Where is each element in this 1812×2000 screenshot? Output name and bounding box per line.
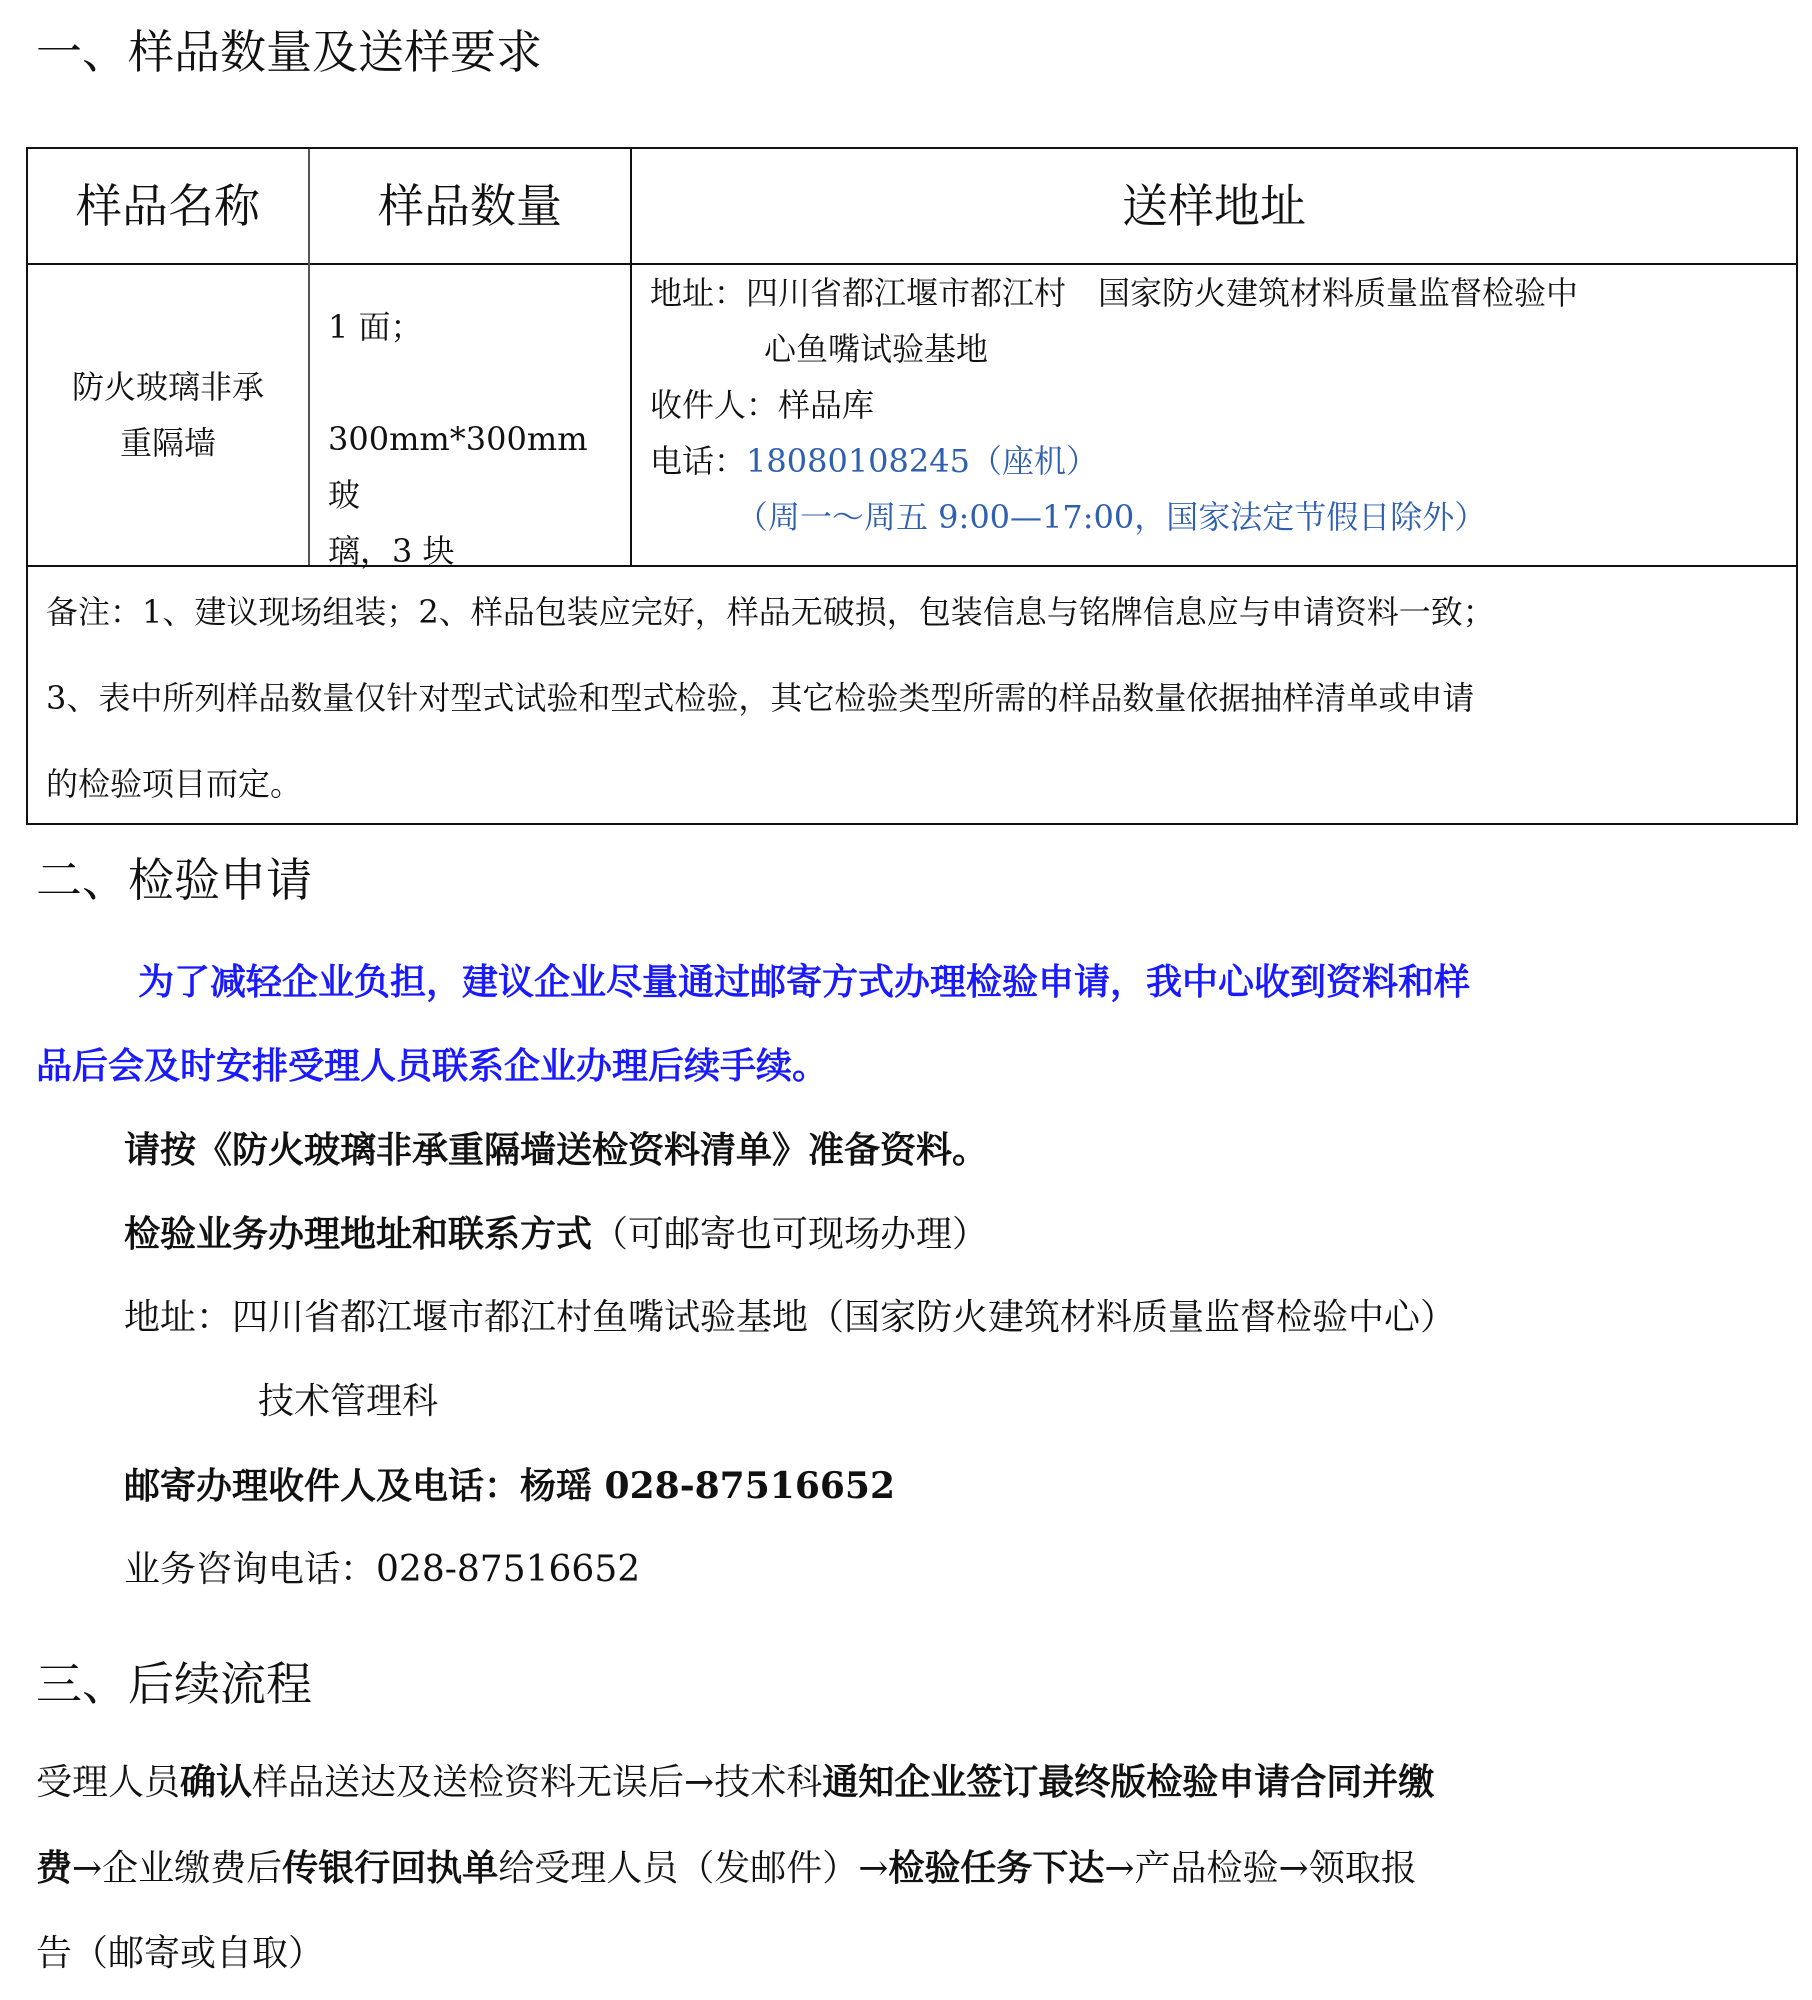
consult-phone-value[interactable]: 028-87516652 bbox=[376, 1549, 640, 1590]
process-segment: 费 bbox=[36, 1847, 72, 1889]
process-line: 告（邮寄或自取） bbox=[36, 1932, 324, 1976]
quantity-line: 300mm*300mm 玻 bbox=[328, 411, 628, 523]
process-segment: 给受理人员（发邮件）→ bbox=[498, 1848, 888, 1889]
quantity-spacer bbox=[328, 355, 628, 411]
office-hours: （周一～周五 9:00—17:00，国家法定节假日除外） bbox=[650, 489, 1790, 545]
prepare-instruction: 请按《防火玻璃非承重隔墙送检资料清单》准备资料。 bbox=[124, 1128, 988, 1172]
header-sample-name: 样品名称 bbox=[28, 149, 308, 263]
sample-name-line: 重隔墙 bbox=[120, 415, 216, 471]
header-delivery-address: 送样地址 bbox=[632, 149, 1796, 263]
recipient-label: 收件人： bbox=[650, 386, 778, 424]
notes-line: 3、表中所列样品数量仅针对型式试验和型式检验，其它检验类型所需的样品数量依据抽样… bbox=[46, 655, 1791, 741]
consult-phone-label: 业务咨询电话： bbox=[124, 1549, 376, 1590]
sample-name-line: 防火玻璃非承 bbox=[72, 359, 264, 415]
notes-line: 备注：1、建议现场组装；2、样品包装应完好，样品无破损，包装信息与铭牌信息应与申… bbox=[46, 569, 1791, 655]
process-segment: →产品检验→领取报 bbox=[1104, 1848, 1416, 1889]
process-segment: 确认 bbox=[180, 1761, 252, 1803]
process-segment: 传银行回执单 bbox=[282, 1847, 498, 1889]
section-1-title: 一、样品数量及送样要求 bbox=[36, 24, 542, 80]
address-label: 地址： bbox=[650, 274, 746, 312]
mail-contact-value[interactable]: 杨瑶 028-87516652 bbox=[520, 1465, 895, 1507]
office-address-line: 地址：四川省都江堰市都江村鱼嘴试验基地（国家防火建筑材料质量监督检验中心） bbox=[124, 1296, 1456, 1340]
quantity-line: 1 面； bbox=[328, 299, 628, 355]
consult-phone-line: 业务咨询电话：028-87516652 bbox=[124, 1548, 640, 1592]
office-address-label: 地址： bbox=[124, 1297, 232, 1338]
delivery-address-cell: 地址：四川省都江堰市都江村 国家防火建筑材料质量监督检验中 心鱼嘴试验基地 收件… bbox=[650, 265, 1790, 545]
contact-note: （可邮寄也可现场办理） bbox=[592, 1214, 988, 1255]
sample-name-cell: 防火玻璃非承 重隔墙 bbox=[28, 265, 308, 565]
intro-text-line: 品后会及时安排受理人员联系企业办理后续手续。 bbox=[36, 1044, 828, 1088]
process-segment: 通知企业签订最终版检验申请合同并缴 bbox=[822, 1761, 1434, 1803]
phone-value[interactable]: 18080108245（座机） bbox=[746, 442, 1098, 480]
recipient-value: 样品库 bbox=[778, 386, 874, 424]
process-segment: 受理人员 bbox=[36, 1762, 180, 1803]
process-segment: 样品送达及送检资料无误后→技术科 bbox=[252, 1762, 822, 1803]
intro-text-line: 为了减轻企业负担，建议企业尽量通过邮寄方式办理检验申请，我中心收到资料和样 bbox=[138, 960, 1470, 1004]
notes-line: 的检验项目而定。 bbox=[46, 741, 1791, 827]
process-segment: →企业缴费后 bbox=[72, 1848, 282, 1889]
section-3-title: 三、后续流程 bbox=[36, 1656, 312, 1712]
header-sample-quantity: 样品数量 bbox=[310, 149, 630, 263]
address-value: 四川省都江堰市都江村 国家防火建筑材料质量监督检验中 bbox=[746, 274, 1578, 312]
office-department: 技术管理科 bbox=[258, 1380, 438, 1424]
contact-heading: 检验业务办理地址和联系方式 bbox=[124, 1213, 592, 1255]
process-line: 费→企业缴费后传银行回执单给受理人员（发邮件）→检验任务下达→产品检验→领取报 bbox=[36, 1846, 1417, 1891]
sample-quantity-cell: 1 面； 300mm*300mm 玻 璃，3 块 bbox=[328, 299, 628, 579]
office-address: 四川省都江堰市都江村鱼嘴试验基地（国家防火建筑材料质量监督检验中心） bbox=[232, 1297, 1456, 1338]
process-line: 受理人员确认样品送达及送检资料无误后→技术科通知企业签订最终版检验申请合同并缴 bbox=[36, 1760, 1434, 1805]
process-segment: 告（邮寄或自取） bbox=[36, 1933, 324, 1974]
sample-requirements-table: 样品名称 样品数量 送样地址 防火玻璃非承 重隔墙 1 面； 300mm*300… bbox=[26, 147, 1798, 825]
notes-cell: 备注：1、建议现场组装；2、样品包装应完好，样品无破损，包装信息与铭牌信息应与申… bbox=[46, 567, 1791, 827]
mail-contact-line: 邮寄办理收件人及电话：杨瑶 028-87516652 bbox=[124, 1464, 895, 1509]
address-value-cont: 心鱼嘴试验基地 bbox=[650, 321, 1790, 377]
phone-label: 电话： bbox=[650, 442, 746, 480]
section-2-title: 二、检验申请 bbox=[36, 852, 312, 908]
contact-heading-line: 检验业务办理地址和联系方式（可邮寄也可现场办理） bbox=[124, 1212, 988, 1257]
mail-contact-label: 邮寄办理收件人及电话： bbox=[124, 1465, 520, 1507]
process-segment: 检验任务下达 bbox=[888, 1847, 1104, 1889]
